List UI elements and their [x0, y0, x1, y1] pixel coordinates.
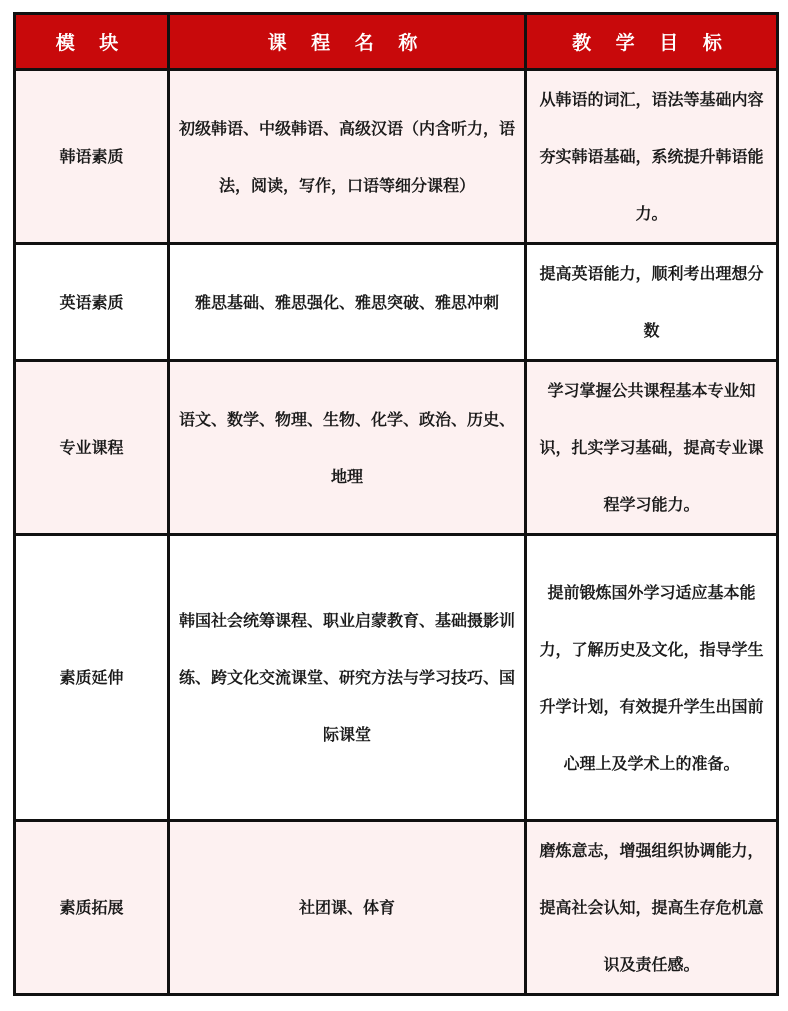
- goals-cell: 从韩语的词汇，语法等基础内容夯实韩语基础，系统提升韩语能力。: [526, 70, 778, 244]
- module-cell: 韩语素质: [15, 70, 169, 244]
- module-cell: 素质拓展: [15, 821, 169, 995]
- goals-cell: 磨炼意志，增强组织协调能力，提高社会认知，提高生存危机意识及责任感。: [526, 821, 778, 995]
- curriculum-table: 模 块 课 程 名 称 教 学 目 标 韩语素质 初级韩语、中级韩语、高级汉语（…: [13, 12, 779, 996]
- goals-cell: 学习掌握公共课程基本专业知识，扎实学习基础，提高专业课程学习能力。: [526, 361, 778, 535]
- courses-cell: 雅思基础、雅思强化、雅思突破、雅思冲刺: [169, 244, 526, 361]
- header-row: 模 块 课 程 名 称 教 学 目 标: [15, 14, 778, 70]
- goals-cell: 提高英语能力，顺利考出理想分数: [526, 244, 778, 361]
- courses-cell: 语文、数学、物理、生物、化学、政治、历史、地理: [169, 361, 526, 535]
- table-row: 素质延伸 韩国社会统筹课程、职业启蒙教育、基础摄影训练、跨文化交流课堂、研究方法…: [15, 535, 778, 821]
- module-cell: 素质延伸: [15, 535, 169, 821]
- courses-cell: 社团课、体育: [169, 821, 526, 995]
- header-module: 模 块: [15, 14, 169, 70]
- header-teaching-goal: 教 学 目 标: [526, 14, 778, 70]
- module-cell: 专业课程: [15, 361, 169, 535]
- table-row: 韩语素质 初级韩语、中级韩语、高级汉语（内含听力，语法，阅读，写作，口语等细分课…: [15, 70, 778, 244]
- module-cell: 英语素质: [15, 244, 169, 361]
- courses-cell: 初级韩语、中级韩语、高级汉语（内含听力，语法，阅读，写作，口语等细分课程）: [169, 70, 526, 244]
- header-course-name: 课 程 名 称: [169, 14, 526, 70]
- table-row: 专业课程 语文、数学、物理、生物、化学、政治、历史、地理 学习掌握公共课程基本专…: [15, 361, 778, 535]
- table-row: 英语素质 雅思基础、雅思强化、雅思突破、雅思冲刺 提高英语能力，顺利考出理想分数: [15, 244, 778, 361]
- courses-cell: 韩国社会统筹课程、职业启蒙教育、基础摄影训练、跨文化交流课堂、研究方法与学习技巧…: [169, 535, 526, 821]
- table-row: 素质拓展 社团课、体育 磨炼意志，增强组织协调能力，提高社会认知，提高生存危机意…: [15, 821, 778, 995]
- goals-cell: 提前锻炼国外学习适应基本能力，了解历史及文化，指导学生升学计划，有效提升学生出国…: [526, 535, 778, 821]
